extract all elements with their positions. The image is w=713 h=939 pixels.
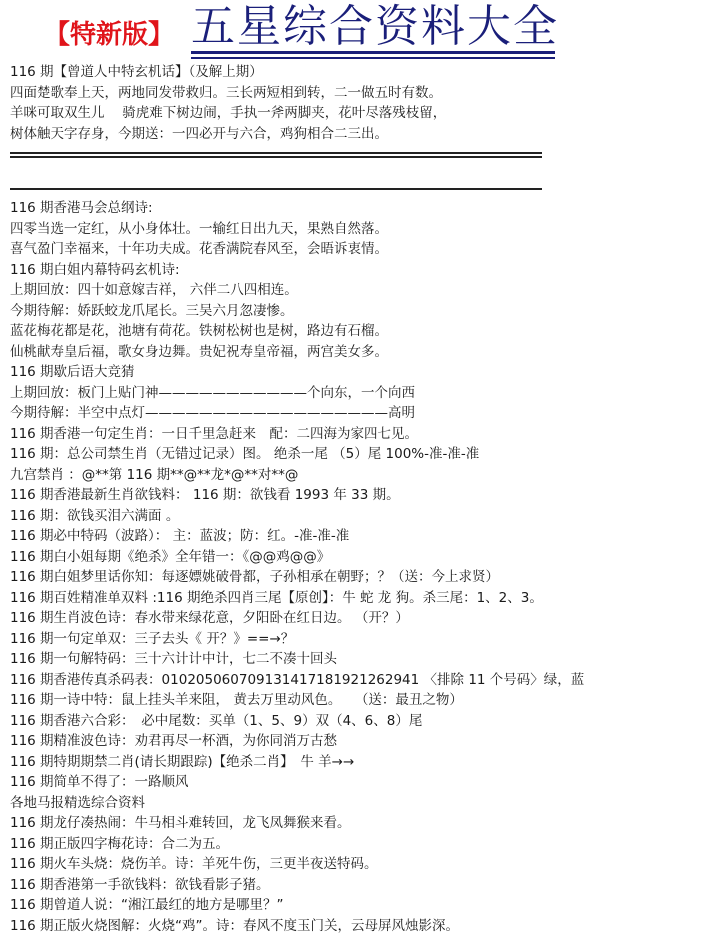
text-line: 116 期火车头烧：烧伤羊。诗：羊死牛伤，三更半夜送特码。 bbox=[10, 854, 710, 875]
text-line: 116 期必中特码（波路）： 主：蓝波；防：红。-准-准-准 bbox=[10, 526, 710, 547]
document-header: 【特新版】 五星综合资料大全 bbox=[0, 0, 713, 62]
text-line: 四零当选一定红，从小身体壮。一输红日出九天，果熟自然落。 bbox=[10, 219, 710, 240]
text-line: 四面楚歌奉上天，两地同发带救归。三长两短相到转，二一做五时有数。 bbox=[10, 83, 710, 104]
text-line: 116 期正版火烧图解：火烧“鸡”。诗：春风不度玉门关，云母屏风烛影深。 bbox=[10, 916, 710, 937]
text-line: 116 期简单不得了：一路顺风 bbox=[10, 772, 710, 793]
document-body: 116 期【曾道人中特玄机话】（及解上期） 四面楚歌奉上天，两地同发带救归。三长… bbox=[10, 62, 710, 936]
text-line: 116 期特期期禁二肖(请长期跟踪)【绝杀二肖】 牛 羊→→ bbox=[10, 752, 710, 773]
text-line: 树体触天字存身，今期送：一四必开与六合，鸡狗相合二三出。 bbox=[10, 124, 710, 145]
double-divider bbox=[10, 152, 542, 158]
text-line: 上期回放：四十如意嫁吉祥， 六伴二八四相连。 bbox=[10, 280, 710, 301]
text-line: 116 期白小姐每期《绝杀》全年错一：《@@鸡@@》 bbox=[10, 547, 710, 568]
text-line: 116 期白姐内幕特码玄机诗: bbox=[10, 260, 710, 281]
single-divider bbox=[10, 188, 542, 190]
text-line: 116 期生肖波色诗：春水带来绿花意，夕阳卧在红日边。 （开？） bbox=[10, 608, 710, 629]
edition-badge: 【特新版】 bbox=[44, 14, 174, 51]
page-title: 五星综合资料大全 bbox=[191, 2, 559, 52]
text-line: 116 期歇后语大竞猜 bbox=[10, 362, 710, 383]
text-line: 116 期一诗中特：鼠上挂头羊来阻， 黄去万里动风色。 （送：最丑之物） bbox=[10, 690, 710, 711]
text-line: 116 期一句解特码：三十六计计中计，七二不凑十回头 bbox=[10, 649, 710, 670]
text-line: 116 期正版四字梅花诗：合二为五。 bbox=[10, 834, 710, 855]
text-line: 羊咪可取双生儿 骑虎难下树边闹，手执一斧两脚夹，花叶尽落残枝留， bbox=[10, 103, 710, 124]
text-line: 上期回放：板门上贴门神———————————个向东，一个向西 bbox=[10, 383, 710, 404]
text-line: 今期待解：半空中点灯——————————————————高明 bbox=[10, 403, 710, 424]
text-line: 116 期曾道人说：“湘江最红的地方是哪里？” bbox=[10, 895, 710, 916]
text-line: 九宫禁肖 ：@**第 116 期**@**龙*@**对**@ bbox=[10, 465, 710, 486]
text-line: 116 期香港最新生肖欲钱料： 116 期：欲钱看 1993 年 33 期。 bbox=[10, 485, 710, 506]
text-line: 116 期香港一句定生肖：一日千里急赶来 配：二四海为家四七见。 bbox=[10, 424, 710, 445]
text-line: 116 期香港马会总纲诗: bbox=[10, 198, 710, 219]
text-line: 116 期精准波色诗：劝君再尽一杯酒，为你同消万古愁 bbox=[10, 731, 710, 752]
text-line: 116 期白姐梦里话你知：每逐嫖姚破骨都，子孙相承在朝野；？（送：今上求贤） bbox=[10, 567, 710, 588]
section-heading: 各地马报精选综合资料 bbox=[10, 793, 710, 814]
text-line: 116 期：总公司禁生肖（无错过记录）图。 绝杀一尾 （5）尾 100%-准-准… bbox=[10, 444, 710, 465]
text-line: 116 期一句定单双：三子去头《 开？》==→？ bbox=[10, 629, 710, 650]
text-line: 116 期香港六合彩： 必中尾数：买单（1、5、9）双（4、6、8）尾 bbox=[10, 711, 710, 732]
text-line: 今期待解：娇跃蛟龙爪尾长。三吴六月忽凄惨。 bbox=[10, 301, 710, 322]
text-line: 116 期香港传真杀码表：01020506070913141718192126​… bbox=[10, 670, 710, 691]
text-line: 116 期百姓精准单双料 :116 期绝杀四肖三尾【原创】：牛 蛇 龙 狗。杀三… bbox=[10, 588, 710, 609]
text-line: 蓝花梅花都是花，池塘有荷花。铁树松树也是树，路边有石榴。 bbox=[10, 321, 710, 342]
text-line: 116 期香港第一手欲钱料：欲钱看影子猪。 bbox=[10, 875, 710, 896]
text-line: 116 期龙仔凑热闹：牛马相斗难转回，龙飞凤舞猴来看。 bbox=[10, 813, 710, 834]
text-line: 116 期：欲钱买泪六满面 。 bbox=[10, 506, 710, 527]
text-line: 喜气盈门幸福来，十年功夫成。花香满院春风至，会晤诉衷情。 bbox=[10, 239, 710, 260]
text-line: 仙桃献寿皇后福，歌女身边舞。贵妃祝寿皇帝福，两宫美女多。 bbox=[10, 342, 710, 363]
title-double-underline bbox=[191, 51, 555, 59]
text-line: 116 期【曾道人中特玄机话】（及解上期） bbox=[10, 62, 710, 83]
